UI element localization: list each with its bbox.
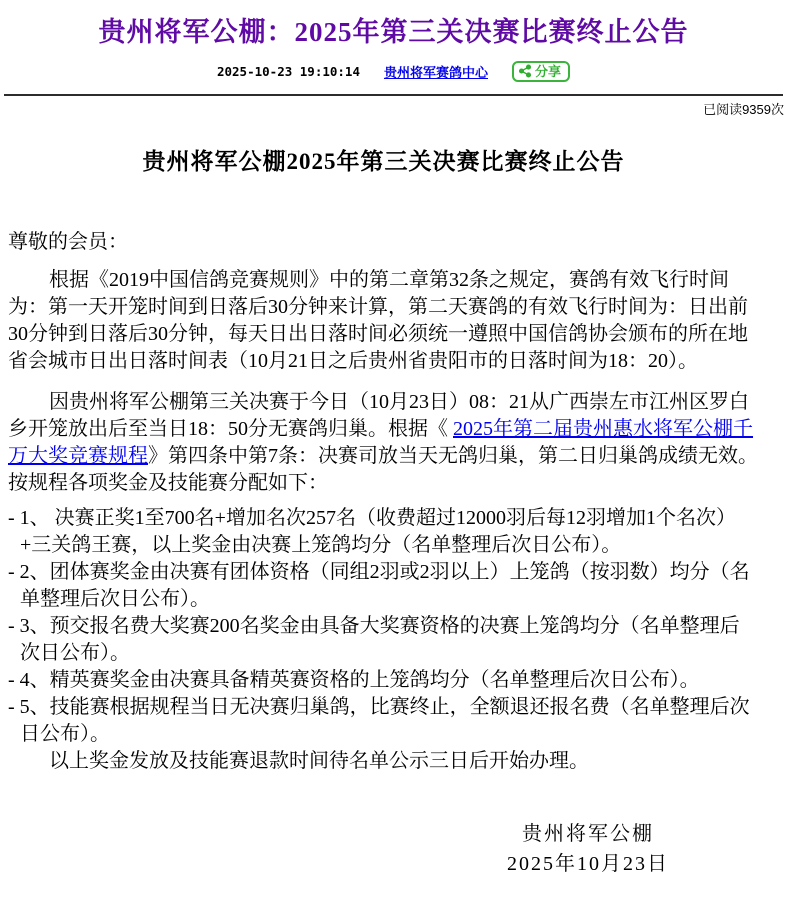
share-label: 分享	[535, 64, 561, 79]
list-item-5: -5、技能赛根据规程当日无决赛归巢鸽，比赛终止，全额退还报名费（名单整理后次日公…	[8, 694, 759, 748]
closing-note: 以上奖金发放及技能赛退款时间待名单公示三日后开始办理。	[8, 748, 759, 775]
announcement-page: 贵州将军公棚：2025年第三关决赛比赛终止公告 2025-10-23 19:10…	[0, 10, 787, 879]
meta-row: 2025-10-23 19:10:14 贵州将军赛鸽中心 分享	[0, 60, 787, 82]
source-link[interactable]: 贵州将军赛鸽中心	[384, 62, 488, 81]
article-body: 贵州将军公棚2025年第三关决赛比赛终止公告 尊敬的会员： 根据《2019中国信…	[0, 148, 787, 879]
list-item-5-text: 5、技能赛根据规程当日无决赛归巢鸽，比赛终止，全额退还报名费（名单整理后次日公布…	[20, 696, 750, 745]
share-icon	[518, 64, 532, 78]
list-item-3: -3、预交报名费大奖赛200名奖金由具备大奖赛资格的决赛上笼鸽均分（名单整理后次…	[8, 613, 759, 667]
list-dash-marker: -	[8, 696, 20, 718]
page-title: 贵州将军公棚：2025年第三关决赛比赛终止公告	[6, 10, 781, 49]
list-item-4: -4、精英赛奖金由决赛具备精英赛资格的上笼鸽均分（名单整理后次日公布）。	[8, 667, 759, 694]
read-count: 已阅读9359次	[3, 99, 784, 118]
paragraph-termination: 因贵州将军公棚第三关决赛于今日（10月23日）08：21从广西崇左市江州区罗白乡…	[8, 389, 759, 497]
salutation: 尊敬的会员：	[8, 229, 759, 256]
list-item-4-text: 4、精英赛奖金由决赛具备精英赛资格的上笼鸽均分（名单整理后次日公布）。	[20, 669, 700, 691]
list-item-2-text: 2、团体赛奖金由决赛有团体资格（同组2羽或2羽以上）上笼鸽（按羽数）均分（名单整…	[20, 561, 750, 610]
article-title: 贵州将军公棚2025年第三关决赛比赛终止公告	[8, 148, 759, 175]
publish-datetime: 2025-10-23 19:10:14	[217, 64, 360, 79]
signature-block: 贵州将军公棚 2025年10月23日	[507, 819, 669, 879]
share-button[interactable]: 分享	[512, 61, 570, 82]
list-item-2: -2、团体赛奖金由决赛有团体资格（同组2羽或2羽以上）上笼鸽（按羽数）均分（名单…	[8, 559, 759, 613]
list-item-1: -1、 决赛正奖1至700名+增加名次257名（收费超过12000羽后每12羽增…	[8, 505, 759, 559]
signature-date: 2025年10月23日	[507, 849, 669, 879]
list-dash-marker: -	[8, 669, 20, 691]
signature-name: 贵州将军公棚	[507, 819, 669, 849]
list-dash-marker: -	[8, 507, 20, 529]
list-dash-marker: -	[8, 615, 20, 637]
list-item-1-text: 1、 决赛正奖1至700名+增加名次257名（收费超过12000羽后每12羽增加…	[20, 507, 736, 556]
list-item-3-text: 3、预交报名费大奖赛200名奖金由具备大奖赛资格的决赛上笼鸽均分（名单整理后次日…	[20, 615, 740, 664]
prize-distribution-list: -1、 决赛正奖1至700名+增加名次257名（收费超过12000羽后每12羽增…	[8, 505, 759, 748]
list-dash-marker: -	[8, 561, 20, 583]
paragraph-rules: 根据《2019中国信鸽竞赛规则》中的第二章第32条之规定，赛鸽有效飞行时间为：第…	[8, 267, 759, 375]
divider-line	[4, 94, 783, 96]
